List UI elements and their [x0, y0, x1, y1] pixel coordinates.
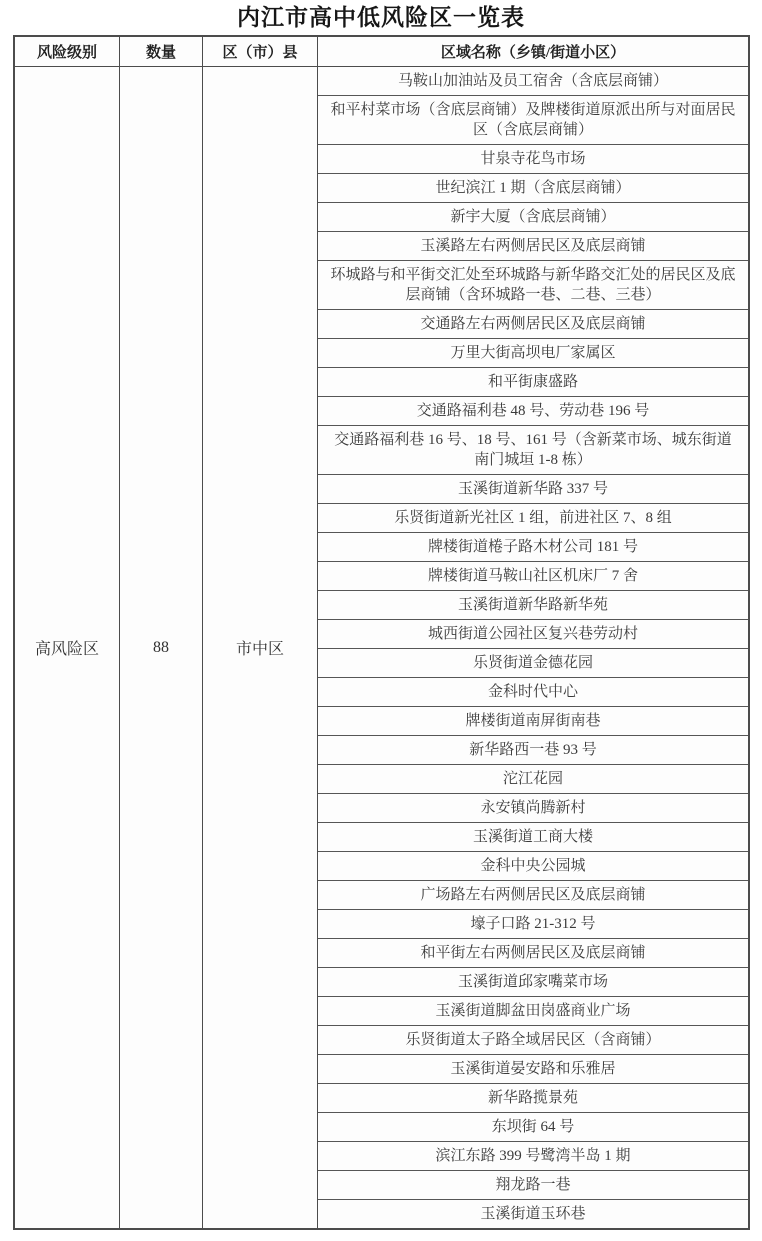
table-row: 万里大街高坝电厂家属区 [318, 339, 748, 368]
area-rows: 马鞍山加油站及员工宿舍（含底层商铺）和平村菜市场（含底层商铺）及牌楼街道原派出所… [318, 67, 748, 1228]
table-row: 新华路西一巷 93 号 [318, 736, 748, 765]
table-row: 牌楼街道南屏街南巷 [318, 707, 748, 736]
column-header-risk-level: 风险级别 [15, 37, 120, 66]
table-row: 和平村菜市场（含底层商铺）及牌楼街道原派出所与对面居民区（含底层商铺） [318, 96, 748, 145]
risk-level-cell: 高风险区 [15, 67, 120, 1228]
table-row: 和平街康盛路 [318, 368, 748, 397]
table-row: 壕子口路 21-312 号 [318, 910, 748, 939]
table-row: 玉溪街道玉环巷 [318, 1200, 748, 1228]
table-body: 高风险区 88 市中区 马鞍山加油站及员工宿舍（含底层商铺）和平村菜市场（含底层… [15, 67, 748, 1228]
table-row: 马鞍山加油站及员工宿舍（含底层商铺） [318, 67, 748, 96]
table-row: 金科时代中心 [318, 678, 748, 707]
table-row: 玉溪路左右两侧居民区及底层商铺 [318, 232, 748, 261]
table-row: 交通路左右两侧居民区及底层商铺 [318, 310, 748, 339]
table-row: 玉溪街道邱家嘴菜市场 [318, 968, 748, 997]
table-row: 乐贤街道新光社区 1 组，前进社区 7、8 组 [318, 504, 748, 533]
table-row: 新宇大厦（含底层商铺） [318, 203, 748, 232]
table-row: 城西街道公园社区复兴巷劳动村 [318, 620, 748, 649]
table-row: 翔龙路一巷 [318, 1171, 748, 1200]
table-row: 玉溪街道晏安路和乐雅居 [318, 1055, 748, 1084]
table-row: 东坝街 64 号 [318, 1113, 748, 1142]
column-header-area-name: 区域名称（乡镇/街道小区） [318, 37, 748, 66]
table-row: 乐贤街道太子路全域居民区（含商铺） [318, 1026, 748, 1055]
table-header-row: 风险级别 数量 区（市）县 区域名称（乡镇/街道小区） [15, 37, 748, 67]
table-row: 玉溪街道新华路新华苑 [318, 591, 748, 620]
count-cell: 88 [120, 67, 203, 1228]
table-row: 永安镇尚腾新村 [318, 794, 748, 823]
risk-table: 风险级别 数量 区（市）县 区域名称（乡镇/街道小区） 高风险区 88 市中区 … [13, 35, 750, 1230]
table-row: 甘泉寺花鸟市场 [318, 145, 748, 174]
page: 内江市高中低风险区一览表 风险级别 数量 区（市）县 区域名称（乡镇/街道小区）… [0, 0, 762, 35]
column-header-district: 区（市）县 [203, 37, 318, 66]
table-row: 广场路左右两侧居民区及底层商铺 [318, 881, 748, 910]
table-row: 玉溪街道新华路 337 号 [318, 475, 748, 504]
table-row: 金科中央公园城 [318, 852, 748, 881]
district-cell: 市中区 [203, 67, 318, 1228]
table-row: 滨江东路 399 号鹭湾半岛 1 期 [318, 1142, 748, 1171]
table-row: 交通路福利巷 16 号、18 号、161 号（含新菜市场、城东街道南门城垣 1-… [318, 426, 748, 475]
table-row: 玉溪街道脚盆田岗盛商业广场 [318, 997, 748, 1026]
column-header-count: 数量 [120, 37, 203, 66]
table-row: 沱江花园 [318, 765, 748, 794]
table-row: 世纪滨江 1 期（含底层商铺） [318, 174, 748, 203]
table-row: 和平街左右两侧居民区及底层商铺 [318, 939, 748, 968]
page-title: 内江市高中低风险区一览表 [0, 0, 762, 35]
table-row: 环城路与和平街交汇处至环城路与新华路交汇处的居民区及底层商铺（含环城路一巷、二巷… [318, 261, 748, 310]
table-row: 新华路揽景苑 [318, 1084, 748, 1113]
table-row: 玉溪街道工商大楼 [318, 823, 748, 852]
table-row: 牌楼街道马鞍山社区机床厂 7 舍 [318, 562, 748, 591]
table-row: 交通路福利巷 48 号、劳动巷 196 号 [318, 397, 748, 426]
table-row: 乐贤街道金德花园 [318, 649, 748, 678]
table-row: 牌楼街道棬子路木材公司 181 号 [318, 533, 748, 562]
